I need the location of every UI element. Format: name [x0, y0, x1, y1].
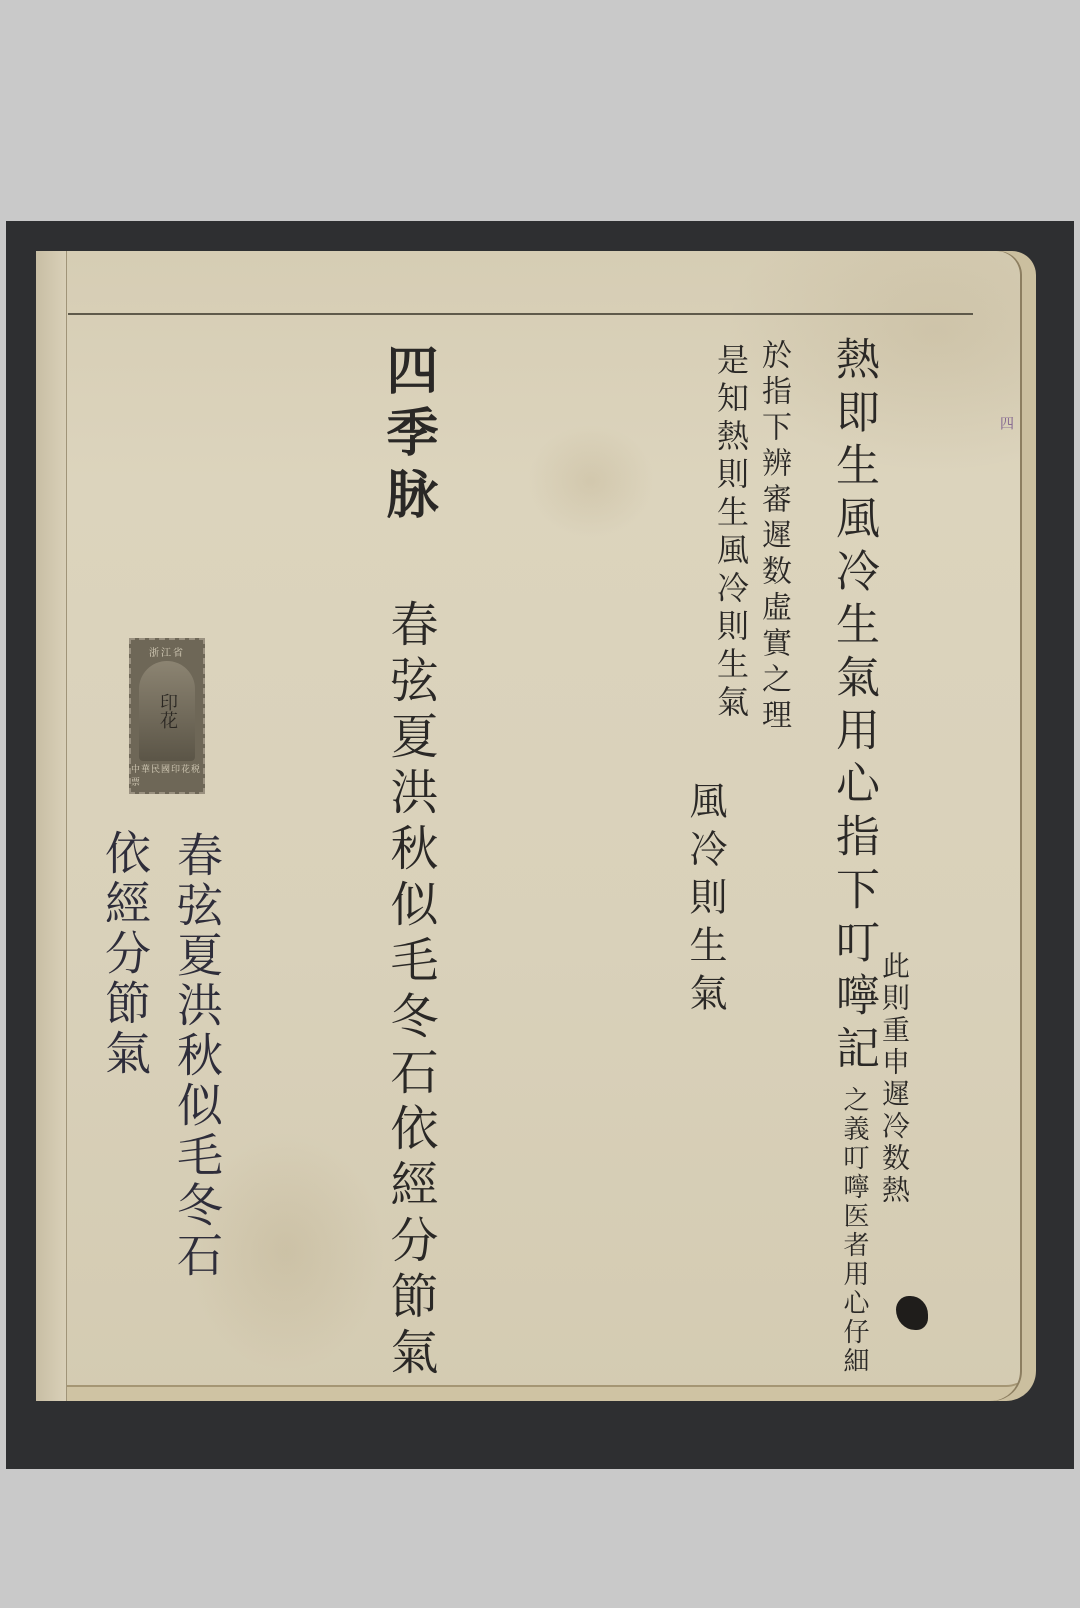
- revenue-stamp: 浙江省 印花 中華民國印花税票: [129, 638, 205, 794]
- ink-blot: [896, 1296, 928, 1330]
- side-text-right: 春弦夏洪秋似毛冬石: [164, 831, 230, 1281]
- stamp-bottom-text: 中華民國印花税票: [131, 762, 203, 788]
- small-note-left: 之義叮嚀医者用心仔細: [836, 1086, 873, 1376]
- margin-mark: 四: [996, 416, 1016, 430]
- top-ruled-line: [68, 313, 973, 315]
- pasted-note-column-b: 是知熱則生風冷則生氣: [708, 343, 754, 723]
- stamp-top-text: 浙江省: [149, 644, 185, 659]
- pasted-note-column-a: 於指下辨審遲数虛實之理: [751, 339, 795, 735]
- feng-line-column: 風冷則生氣: [678, 781, 733, 1021]
- side-text-left: 依經分節氣: [92, 829, 158, 1079]
- scan-frame: 熱即生風冷生氣用心指下叮嚀記 此則重申遲冷数熱 之義叮嚀医者用心仔細 於指下辨審…: [6, 221, 1074, 1469]
- body-text-column: 春弦夏洪秋似毛冬石依經分節氣: [376, 599, 445, 1383]
- manuscript-page: 熱即生風冷生氣用心指下叮嚀記 此則重申遲冷数熱 之義叮嚀医者用心仔細 於指下辨審…: [36, 251, 1036, 1401]
- small-note-right: 此則重申遲冷数熱: [874, 951, 914, 1207]
- stamp-center-image: 印花: [139, 661, 195, 761]
- section-title: 四季脉: [370, 343, 445, 529]
- main-text-column: 熱即生風冷生氣用心指下叮嚀記: [831, 336, 875, 1078]
- page-gutter: [36, 251, 67, 1401]
